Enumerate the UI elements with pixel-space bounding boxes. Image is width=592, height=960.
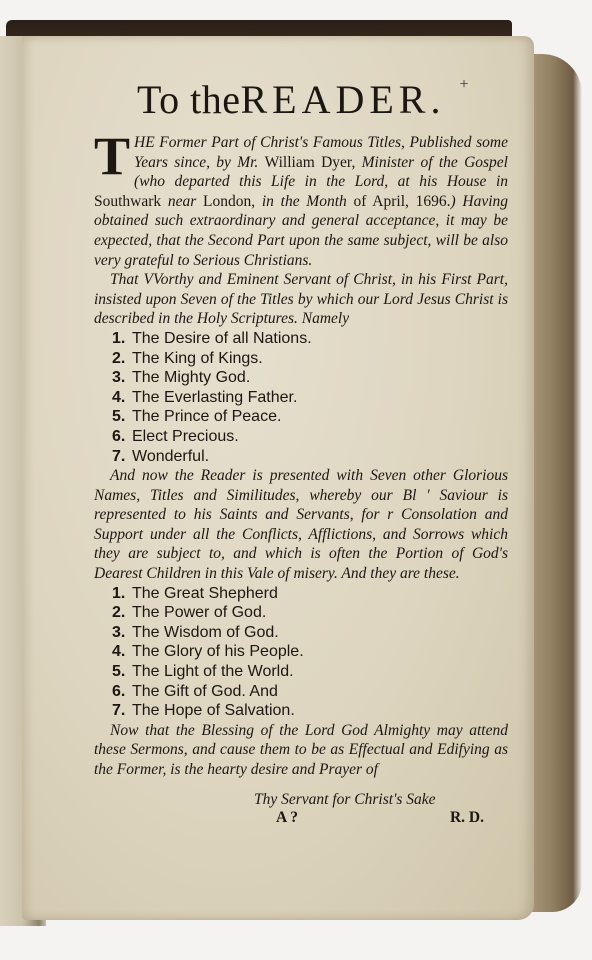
second-part-paragraph: And now the Reader is presented with Sev… xyxy=(94,466,508,584)
list-item: 5.The Prince of Peace. xyxy=(112,407,508,427)
intro-text-7: of April, 1696. xyxy=(354,193,451,210)
initials-left: A ? xyxy=(276,809,298,827)
list-item: 6.Elect Precious. xyxy=(112,427,508,447)
second-titles-list: 1.The Great Shepherd 2.The Power of God.… xyxy=(94,584,508,721)
drop-cap: T xyxy=(94,135,130,177)
list-item: 4.The Glory of his People. xyxy=(112,642,508,662)
author-initials: A ? R. D. xyxy=(94,809,508,827)
intro-text-3: Southwark xyxy=(94,193,161,210)
list-item: 1.The Great Shepherd xyxy=(112,584,508,604)
list-item: 6.The Gift of God. And xyxy=(112,682,508,702)
list-item: 3.The Wisdom of God. xyxy=(112,623,508,643)
book: To theREADER.+ T HE Former Part of Chris… xyxy=(0,14,582,932)
list-item: 3.The Mighty God. xyxy=(112,368,508,388)
first-part-paragraph: That VVorthy and Eminent Servant of Chri… xyxy=(94,270,508,329)
list-item: 1.The Desire of all Nations. xyxy=(112,329,508,349)
intro-text-6: in the Month xyxy=(255,193,353,210)
page-heading: To theREADER.+ xyxy=(98,76,508,123)
intro-text-4: near xyxy=(161,193,203,210)
heading-main: READER. xyxy=(240,77,445,122)
intro-text-5: London, xyxy=(203,193,255,210)
signoff: Thy Servant for Christ's Sake xyxy=(94,790,508,809)
closing-paragraph: Now that the Blessing of the Lord God Al… xyxy=(94,721,508,780)
list-item: 2.The King of Kings. xyxy=(112,349,508,369)
initials-right: R. D. xyxy=(450,809,484,827)
heading-prefix: To the xyxy=(137,77,241,122)
first-titles-list: 1.The Desire of all Nations. 2.The King … xyxy=(94,329,508,466)
list-item: 5.The Light of the World. xyxy=(112,662,508,682)
intro-paragraph: T HE Former Part of Christ's Famous Titl… xyxy=(94,133,508,270)
list-item: 7.The Hope of Salvation. xyxy=(112,701,508,721)
ornament-icon: + xyxy=(459,76,469,93)
book-page: To theREADER.+ T HE Former Part of Chris… xyxy=(22,36,534,920)
list-item: 7.Wonderful. xyxy=(112,447,508,467)
page-content: To theREADER.+ T HE Former Part of Chris… xyxy=(94,76,508,827)
intro-text-1: William Dyer, xyxy=(265,154,356,171)
list-item: 4.The Everlasting Father. xyxy=(112,388,508,408)
list-item: 2.The Power of God. xyxy=(112,603,508,623)
